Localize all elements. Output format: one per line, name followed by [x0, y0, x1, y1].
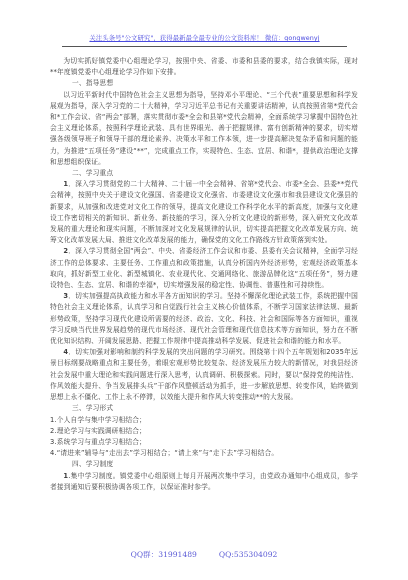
- study-format-item: 1.个人自学与集中学习相结合；: [50, 415, 358, 426]
- qq-number: QQ:535304092: [219, 550, 278, 559]
- study-focus-item: 3．切实加强提高执政能力和水平各方面知识的学习。坚持不懈深化理论武装工作，系统把…: [50, 291, 358, 347]
- intro-paragraph: 为切实抓好镇党委中心组理论学习，按照中央、省委、市委和县委的要求，结合我镇实际，…: [50, 56, 358, 78]
- study-format-item: 4.“请进来”辅导与“走出去”学习相结合；“请上来”与“走下去”学习相结合。: [50, 448, 358, 459]
- study-system-item: 1.集中学习制度。镇党委中心组原则上每月开展两次集中学习，由党政办通知中心组成员…: [50, 471, 358, 493]
- item-text: ．深入学习贯彻党的二十大精神、二十届一中全会精神、省第*党代会、市委*全会、县委…: [50, 180, 358, 244]
- item-text: ．深入学习贯彻全国“两会”、中央、省委经济工作会议和市委、县委有关会议精神，全面…: [50, 247, 358, 289]
- section-heading-guiding-ideology: 一、指导思想: [50, 78, 358, 89]
- contact-footer: QQ群：31991489QQ:535304092: [0, 549, 408, 560]
- document-body: 为切实抓好镇党委中心组理论学习，按照中央、省委、市委和县委的要求，结合我镇实际，…: [50, 56, 358, 493]
- section-heading-study-focus: 二、学习重点: [50, 168, 358, 179]
- section-heading-study-system: 四、学习制度: [50, 459, 358, 470]
- study-format-item: 2.理论学习与实践调研相结合；: [50, 426, 358, 437]
- item-text: ．切实加强提高执政能力和水平各方面知识的学习。坚持不懈深化理论武装工作，系统把握…: [50, 292, 358, 345]
- promo-link[interactable]: 关注头条号"公文研究"，获得最新最全最专业的公文资料库！ 微信：gongweny…: [89, 34, 319, 42]
- study-focus-item: 2．深入学习贯彻全国“两会”、中央、省委经济工作会议和市委、县委有关会议精神，全…: [50, 246, 358, 291]
- item-text: .集中学习制度。镇党委中心组原则上每月开展两次集中学习，由党政办通知中心组成员，…: [50, 472, 358, 491]
- study-focus-item: 1．深入学习贯彻党的二十大精神、二十届一中全会精神、省第*党代会、市委*全会、县…: [50, 179, 358, 246]
- promo-header: 关注头条号"公文研究"，获得最新最全最专业的公文资料库！ 微信：gongweny…: [62, 25, 347, 47]
- item-text: ．切实加强对影响和制约科学发展的突出问题的学习研究。围绕第十四个五年规划和203…: [50, 348, 358, 401]
- study-focus-item: 4．切实加强对影响和制约科学发展的突出问题的学习研究。围绕第十四个五年规划和20…: [50, 347, 358, 403]
- section-heading-study-format: 三、学习形式: [50, 403, 358, 414]
- qq-group-number: QQ群：31991489: [131, 549, 197, 560]
- study-format-item: 3.系统学习与重点学习相结合；: [50, 437, 358, 448]
- section-paragraph: 以习近平新时代中国特色社会主义思想为指导，坚持邓小平理论、“三个代表”重要思想和…: [50, 90, 358, 168]
